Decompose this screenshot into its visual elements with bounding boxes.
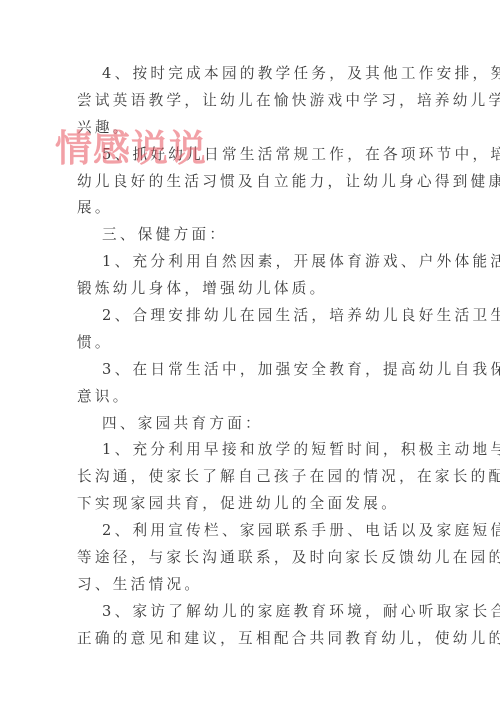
paragraph-line: 展。	[77, 195, 419, 222]
paragraph-line: 2、合理安排幼儿在园生活，培养幼儿良好生活卫生时	[77, 303, 419, 330]
paragraph-line: 3、家访了解幼儿的家庭教育环境，耐心听取家长合理	[77, 599, 419, 626]
paragraph-line: 意识。	[77, 384, 419, 411]
paragraph-line: 兴趣。	[77, 115, 419, 142]
paragraph-line: 4、按时完成本园的教学任务，及其他工作安排，努力	[77, 61, 419, 88]
paragraph-line: 3、在日常生活中，加强安全教育，提高幼儿自我保护	[77, 357, 419, 384]
paragraph-line: 锻炼幼儿身体，增强幼儿体质。	[77, 276, 419, 303]
paragraph-line: 习、生活情况。	[77, 572, 419, 599]
section-heading: 四、家园共育方面：	[77, 411, 419, 438]
section-heading: 三、保健方面：	[77, 222, 419, 249]
paragraph-line: 1、充分利用早接和放学的短暂时间，积极主动地与家	[77, 437, 419, 464]
document-body: 4、按时完成本园的教学任务，及其他工作安排，努力 尝试英语教学，让幼儿在愉快游戏…	[77, 61, 419, 653]
paragraph-line: 5、抓好幼儿日常生活常规工作，在各项环节中，培养	[77, 142, 419, 169]
paragraph-line: 等途径，与家长沟通联系，及时向家长反馈幼儿在园的学	[77, 545, 419, 572]
paragraph-line: 尝试英语教学，让幼儿在愉快游戏中学习，培养幼儿学习	[77, 88, 419, 115]
paragraph-line: 1、充分利用自然因素，开展体育游戏、户外体能活动，	[77, 249, 419, 276]
paragraph-line: 2、利用宣传栏、家园联系手册、电话以及家庭短信箱	[77, 518, 419, 545]
paragraph-line: 惯。	[77, 330, 419, 357]
paragraph-line: 下实现家园共育，促进幼儿的全面发展。	[77, 491, 419, 518]
paragraph-line: 长沟通，使家长了解自己孩子在园的情况，在家长的配合	[77, 464, 419, 491]
paragraph-line: 幼儿良好的生活习惯及自立能力，让幼儿身心得到健康发	[77, 169, 419, 196]
paragraph-line: 正确的意见和建议，互相配合共同教育幼儿，使幼儿的健	[77, 626, 419, 653]
